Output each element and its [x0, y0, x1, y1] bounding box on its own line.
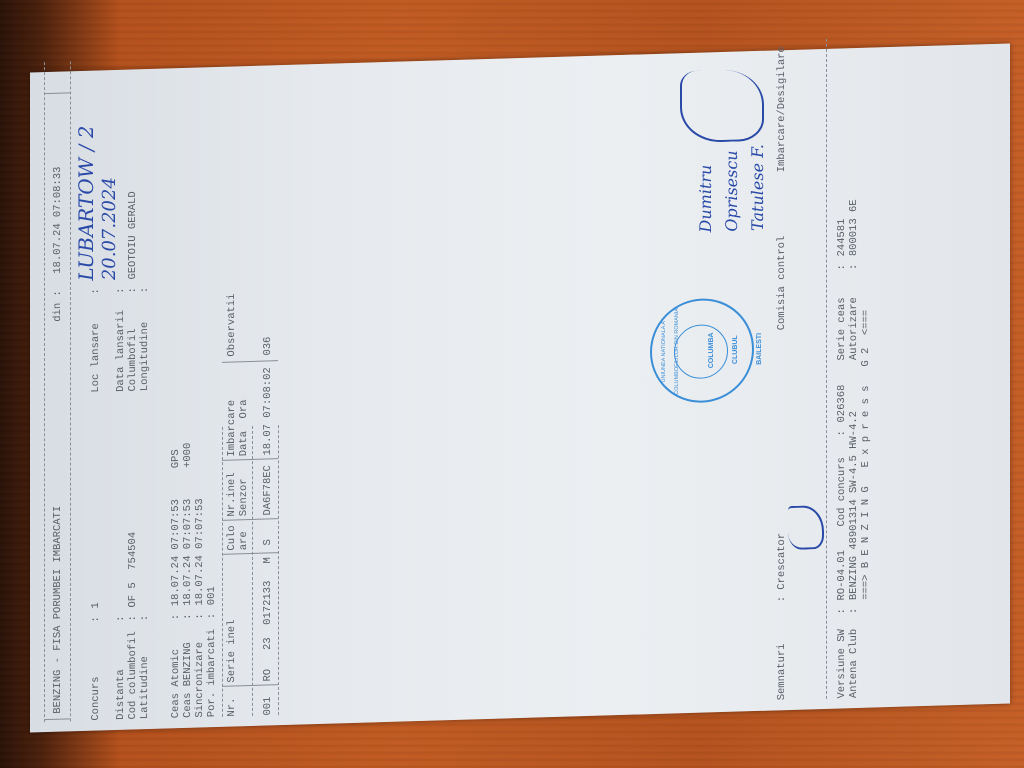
ceas-atomic-suffix: GPS: [170, 449, 183, 468]
latitudine-label: Latitudine: [139, 656, 152, 719]
cod-columbofil-value: OF 5 754504: [127, 532, 140, 608]
versiune-sw-label: Versiune SW: [836, 629, 849, 699]
colon: :: [139, 615, 152, 622]
commission-name-3: Tatulese F.: [752, 144, 765, 231]
colon: :: [836, 264, 849, 271]
table-header-border: [252, 426, 253, 716]
date-value: 18.07.24 07:08:33: [52, 166, 65, 273]
columbofil-label: Columbofil: [127, 328, 140, 391]
commission-name-2: Oprisescu: [726, 150, 739, 232]
concurs-label: Concurs: [90, 676, 103, 720]
colon: :: [836, 430, 849, 437]
club-stamp: UNIUNEA NATIONALA A COLUMBOFILILOR DIN R…: [650, 297, 754, 404]
colon: :: [115, 615, 128, 622]
cell-nr-inel-senzor: DA6F78EC: [262, 465, 275, 516]
semnaturi-label: Semnaturi: [776, 643, 789, 700]
divider: [44, 718, 70, 720]
table-row: 001 RO 23 0172133 M S DA6F78EC 18.07 07:…: [915, 33, 1024, 696]
cod-columbofil-label: Cod columbofil: [127, 631, 140, 720]
col-header-serie-inel: Serie inel: [226, 619, 239, 682]
stamp-line: COLUMBA: [708, 300, 716, 400]
cell-culoare: S: [262, 539, 275, 546]
colon: :: [848, 264, 861, 271]
stamp-ring-text: UNIUNEA NATIONALA A COLUMBOFILILOR DIN R…: [658, 301, 683, 402]
col-header-data-ora: Data Ora: [238, 399, 251, 456]
loc-lansare-label: Loc lansare: [90, 323, 103, 393]
col-header-senzor: Senzor: [238, 478, 251, 516]
autorizare-label: Autorizare: [848, 297, 861, 360]
stamp-line: BAILESTI: [756, 299, 764, 399]
ceas-benzing-value: 18.07.24 07:07:53: [182, 499, 195, 606]
crescator-label: : Crescator: [776, 533, 789, 603]
col-header-nr-inel: Nr.inel: [226, 472, 239, 516]
autorizare-value: 800013 6E: [848, 199, 861, 256]
colon: :: [90, 288, 103, 295]
benzing-express-banner: ===> B E N Z I N G E x p r e s s G 2 <==…: [860, 310, 873, 600]
cell-sex: M: [262, 557, 275, 564]
por-imbarcati-value: 001: [206, 586, 219, 605]
colon: :: [206, 613, 219, 620]
cell-nr: 001: [262, 696, 275, 715]
col-header-culoare: Culo: [226, 525, 239, 551]
antena-club-value: BENZING 48901314 SW-4.5 HW-4.2: [848, 411, 861, 600]
table-top-border: [222, 427, 223, 717]
date-label: din :: [52, 290, 65, 322]
cell-serie-inel: RO 23 0172133: [262, 580, 275, 681]
sincronizare-label: Sincronizare: [194, 642, 207, 718]
printed-sheet: BENZING - FISA PORUMBEI IMBARCATI din : …: [30, 43, 1010, 732]
divider: [222, 360, 278, 363]
stamp-center-text: COLUMBA CLUBUL BAILESTI: [692, 298, 780, 401]
longitudine-label: Longitudine: [139, 322, 152, 392]
columbofil-value: GEOTOIU GERALD: [127, 191, 140, 280]
col-header-nr: Nr.: [226, 697, 239, 716]
por-imbarcati-label: Por. imbarcati: [206, 629, 219, 718]
footer-top-border: [826, 39, 827, 699]
concurs-value: 1: [90, 602, 103, 609]
serie-ceas-label: Serie ceas: [836, 297, 849, 360]
colon: :: [182, 613, 195, 620]
divider: [222, 552, 278, 555]
colon: :: [90, 616, 103, 623]
colon: :: [836, 608, 849, 615]
cod-concurs-value: 026368: [836, 384, 849, 422]
colon: :: [127, 287, 140, 294]
document-title: BENZING - FISA PORUMBEI IMBARCATI: [52, 506, 65, 714]
ceas-benzing-label: Ceas BENZING: [182, 642, 195, 718]
data-lansarii-label: Data lansarii: [115, 310, 128, 392]
divider: [222, 458, 278, 461]
ceas-atomic-label: Ceas Atomic: [170, 649, 183, 719]
col-header-imbarcare: Imbarcare: [226, 400, 239, 457]
divider: [222, 518, 278, 521]
commission-signatures: [680, 69, 764, 143]
colon: :: [170, 614, 183, 621]
colon: :: [194, 613, 207, 620]
col-header-observatii: Observatii: [226, 293, 239, 356]
stamp-line: CLUBUL: [732, 299, 740, 399]
colon: :: [127, 615, 140, 622]
imbarcare-desigilare-label: Imbarcare/Desigilare: [776, 46, 789, 172]
commission-name-1: Dumitru: [700, 164, 713, 232]
divider: [44, 92, 70, 94]
sheet-content: BENZING - FISA PORUMBEI IMBARCATI din : …: [40, 34, 1000, 722]
crescator-signature: [788, 505, 824, 550]
cod-concurs-label: Cod concurs: [836, 457, 849, 527]
colon: :: [115, 287, 128, 294]
divider: [44, 62, 45, 722]
ceas-benzing-suffix: +000: [182, 442, 195, 468]
data-lansarii-handwritten: 20.07.2024: [104, 177, 117, 280]
colon: :: [139, 287, 152, 294]
col-header-culoare-2: are: [238, 531, 251, 550]
antena-club-label: Antena Club: [848, 629, 861, 699]
divider: [70, 61, 71, 721]
sincronizare-value: 18.07.24 07:07:53: [194, 498, 207, 605]
serie-ceas-value: 244581: [836, 218, 849, 256]
cell-imbarcare: 18.07 07:08:02: [262, 367, 275, 456]
colon: :: [848, 608, 861, 615]
ceas-atomic-value: 18.07.24 07:07:53: [170, 499, 183, 606]
distanta-label: Distanta: [115, 669, 128, 720]
divider: [222, 684, 278, 687]
versiune-sw-value: RO-04.01: [836, 550, 849, 601]
table-bottom-border: [278, 425, 279, 715]
cell-observatii: 036: [262, 336, 275, 355]
loc-lansare-handwritten: LUBARTOW / 2: [80, 125, 93, 281]
